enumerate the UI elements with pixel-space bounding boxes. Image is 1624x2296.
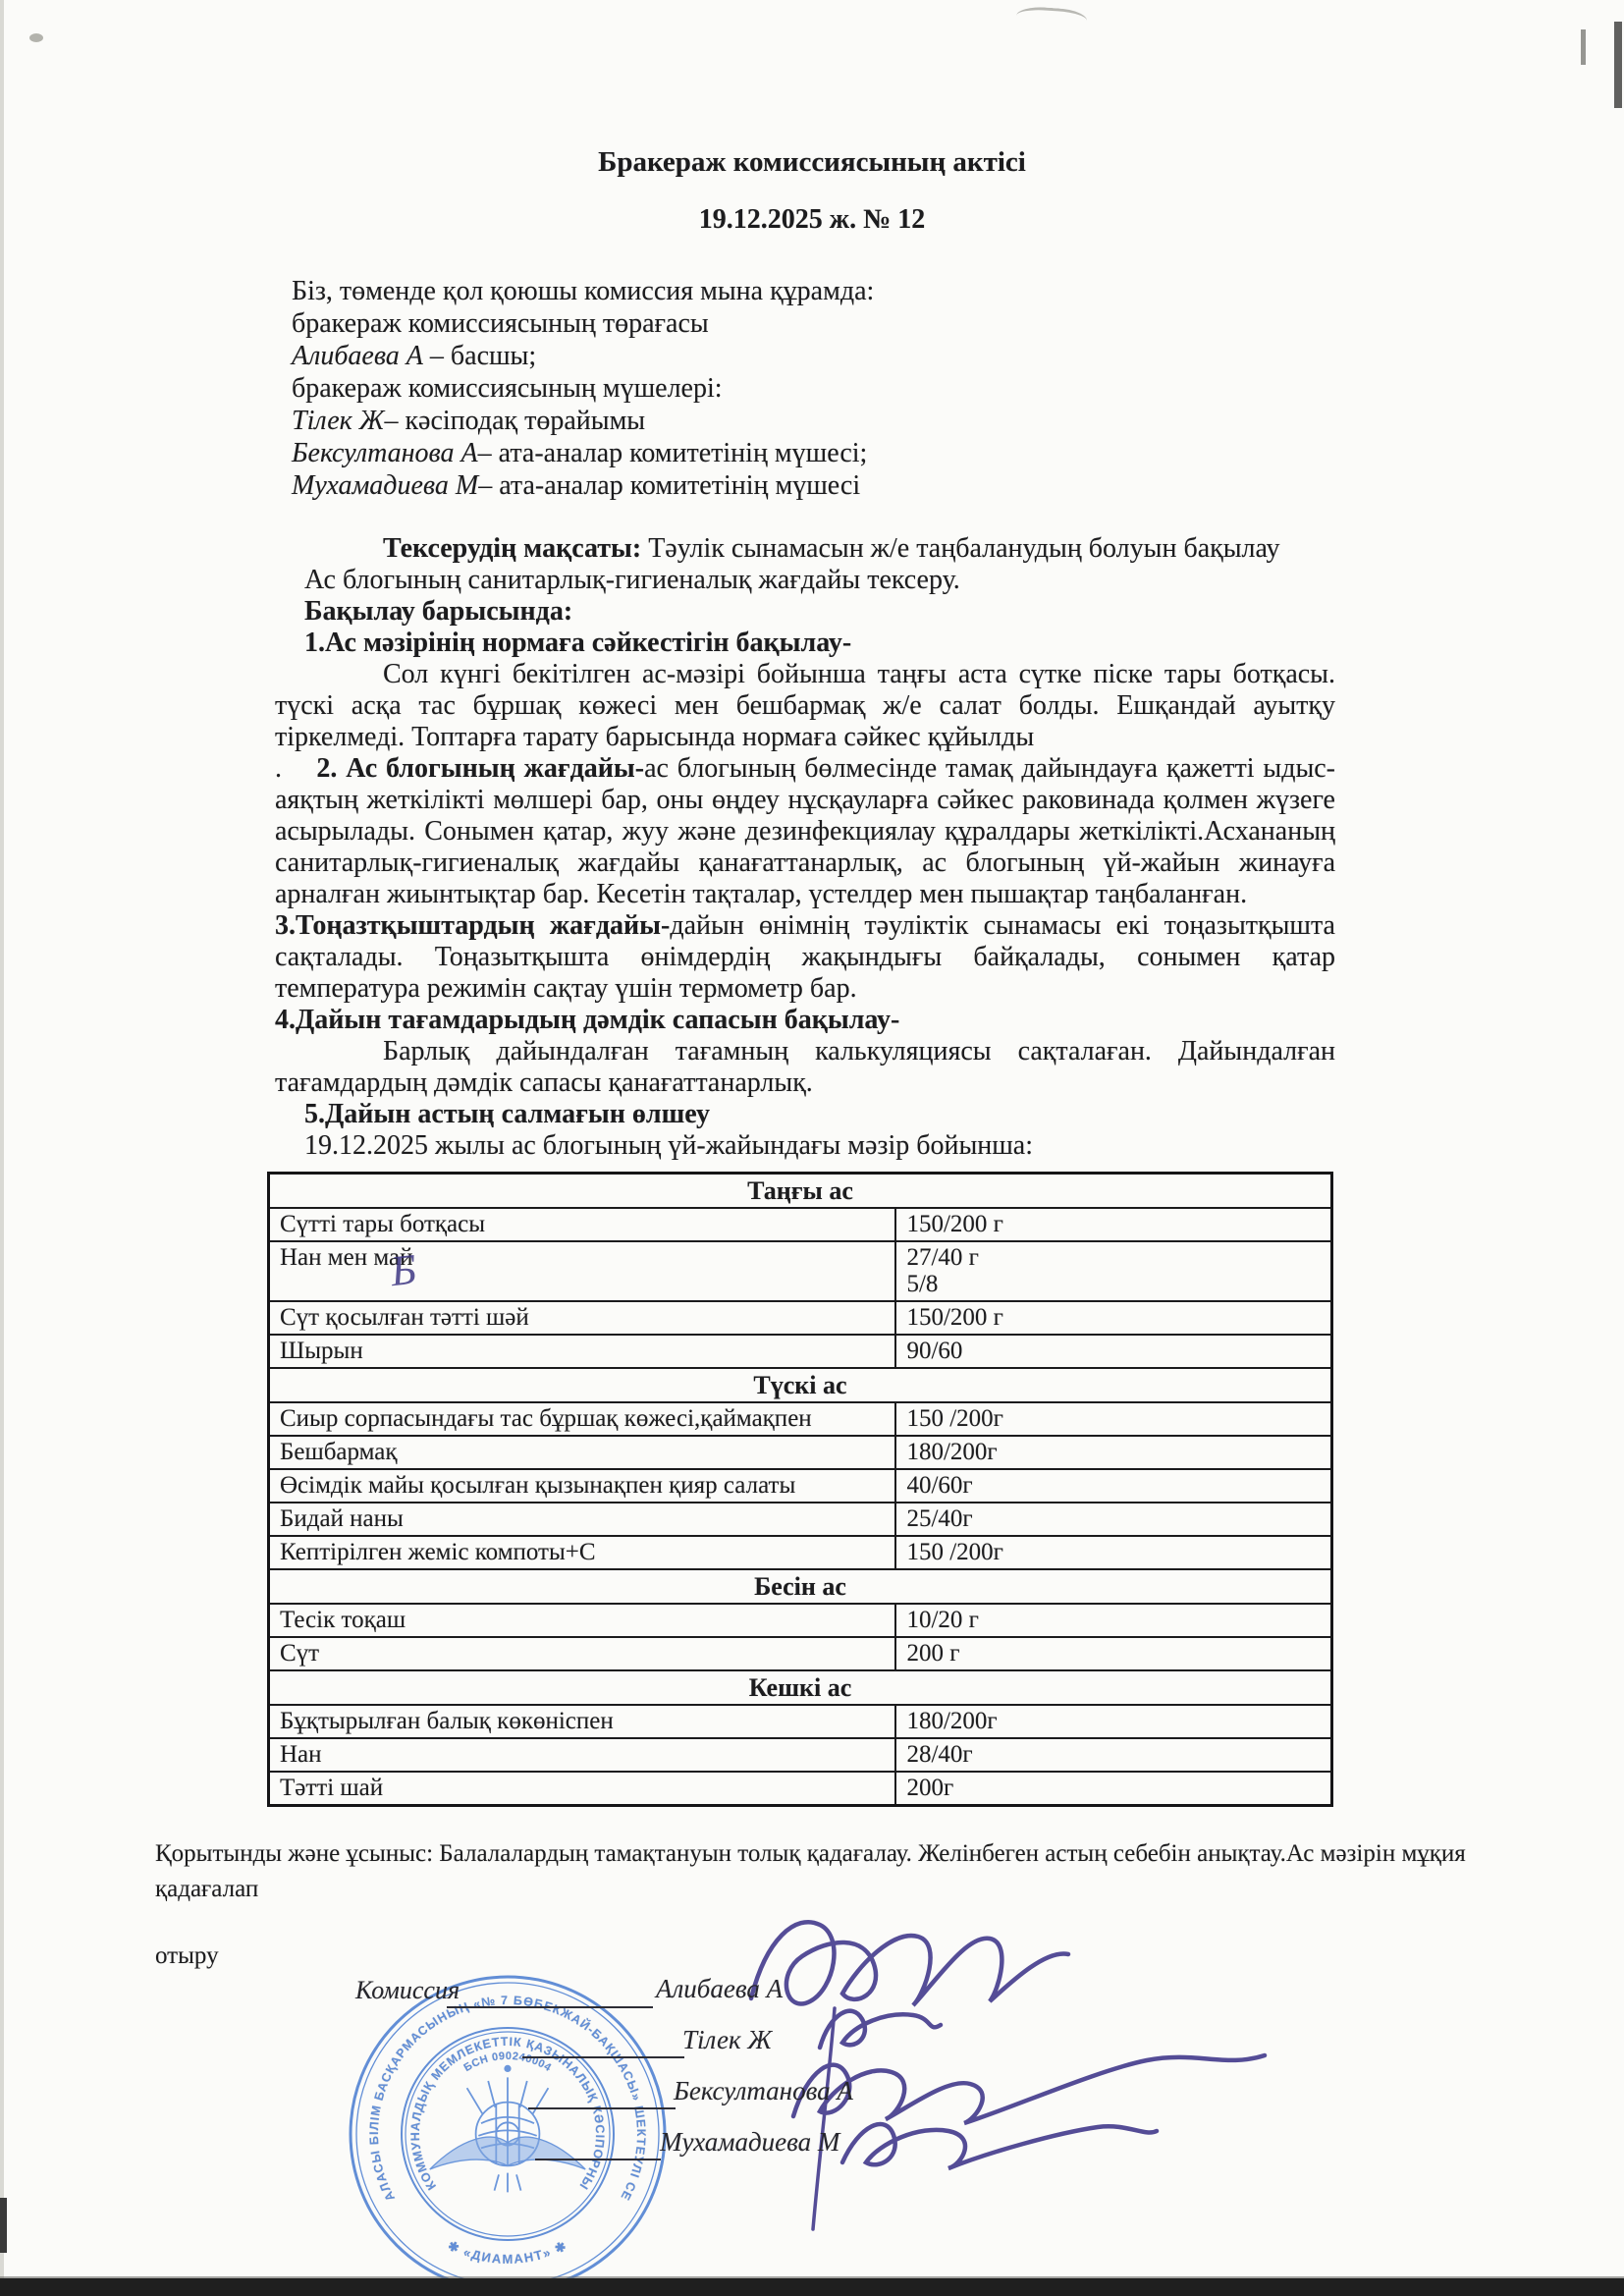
body-paragraph: . 2. Ас блогының жағдайы-ас блогының бөл…	[275, 753, 1335, 910]
text-segment: 19.12.2025 жылы ас блогының үй-жайындағы…	[304, 1130, 1033, 1161]
signature-stroke-beksultanova	[793, 2055, 1265, 2123]
menu-portion-cell: 180/200г	[895, 1705, 1331, 1738]
menu-section-header: Таңғы ас	[269, 1174, 1332, 1209]
text-segment: Барлық дайындалған тағамның калькуляцияс…	[275, 1036, 1335, 1098]
menu-section-row: Кешкі ас	[269, 1670, 1332, 1705]
text-segment: – басшы;	[423, 341, 536, 371]
signature-line	[528, 2107, 676, 2109]
scan-mark-left	[0, 2198, 7, 2253]
menu-table: Таңғы асСүтті тары ботқасы150/200 гНан м…	[267, 1172, 1333, 1807]
intro-line: Бексултанова А– ата-аналар комитетінің м…	[292, 437, 1347, 469]
text-segment: .	[275, 753, 316, 784]
text-segment: 4.Дайын тағамдарыдың дәмдік сапасын бақы…	[275, 1005, 899, 1035]
body-paragraph: 5.Дайын астың салмағын өлшеу	[304, 1099, 1335, 1130]
conclusion-line-1: Қорытынды және ұсыныс: Балалалардың тама…	[155, 1836, 1490, 1907]
menu-portion-cell: 27/40 г5/8	[895, 1241, 1331, 1301]
menu-portion-cell: 150/200 г	[895, 1208, 1331, 1241]
stamp-inner-text: КОММУНАЛДЫҚ МЕМЛЕКЕТТІК ҚАЗЫНАЛЫҚ КӘСІПО…	[408, 2035, 607, 2193]
signature-stroke-tilek	[820, 2011, 941, 2048]
signature-name: Алибаева А	[656, 1974, 783, 2004]
menu-portion-cell: 200 г	[895, 1637, 1331, 1670]
signature-name: Бексултанова А	[674, 2076, 853, 2106]
menu-row: Сүт қосылған тәтті шәй150/200 г	[269, 1301, 1332, 1335]
portion-line: 180/200г	[906, 1708, 1321, 1734]
menu-section-header: Кешкі ас	[269, 1670, 1332, 1705]
menu-portion-cell: 150 /200г	[895, 1536, 1331, 1569]
body-paragraph: Тексерудің мақсаты: Тәулік сынамасын ж/е…	[275, 533, 1335, 565]
portion-line: 180/200г	[906, 1439, 1321, 1465]
intro-line: Алибаева А – басшы;	[292, 340, 1347, 372]
document-date-number: 19.12.2025 ж. № 12	[0, 204, 1624, 236]
signature-name: Мухамадиева М	[660, 2127, 839, 2158]
text-segment: Алибаева А	[292, 341, 423, 371]
signature-line	[535, 2159, 661, 2160]
text-segment: 1.Ас мәзірінің нормаға сәйкестігін бақыл…	[304, 628, 851, 658]
intro-line: бракераж комиссиясының төрағасы	[292, 307, 1347, 340]
menu-dish-cell: Нан	[269, 1738, 896, 1772]
menu-portion-cell: 25/40г	[895, 1503, 1331, 1536]
text-segment: Мухамадиева М	[292, 470, 478, 501]
portion-line: 200г	[906, 1775, 1321, 1801]
text-segment: Тәулік сынамасын ж/е таңбаланудың болуын…	[641, 533, 1279, 564]
text-segment: Ас блогының санитарлық-гигиеналық жағдай…	[304, 565, 960, 595]
svg-text:КОММУНАЛДЫҚ МЕМЛЕКЕТТІК ҚАЗЫНА: КОММУНАЛДЫҚ МЕМЛЕКЕТТІК ҚАЗЫНАЛЫҚ КӘСІПО…	[408, 2035, 607, 2193]
scan-mark-top-right-2	[1581, 29, 1586, 65]
conclusion-line-2: отыру	[155, 1939, 1490, 1974]
menu-section-row: Таңғы ас	[269, 1174, 1332, 1209]
menu-row: Кептірілген жеміс компоты+С150 /200г	[269, 1536, 1332, 1569]
commission-label: Комиссия	[355, 1976, 460, 2005]
handwritten-mark: Б	[388, 1244, 418, 1296]
menu-row: Өсімдік майы қосылған қызынақпен қияр са…	[269, 1469, 1332, 1503]
stamp-outer-text: АЛМАТЫ ҚАЛАСЫ БІЛІМ БАСҚАРМАСЫНЫҢ «№ 7 Б…	[341, 1971, 648, 2204]
text-segment: 5.Дайын астың салмағын өлшеу	[304, 1099, 710, 1129]
menu-dish-cell: Бидай наны	[269, 1503, 896, 1536]
menu-portion-cell: 180/200г	[895, 1436, 1331, 1469]
menu-portion-cell: 10/20 г	[895, 1604, 1331, 1637]
text-segment: 2. Ас блогының жағдайы-	[316, 753, 644, 784]
menu-portion-cell: 90/60	[895, 1335, 1331, 1368]
svg-text:АЛМАТЫ ҚАЛАСЫ БІЛІМ БАСҚАРМАСЫ: АЛМАТЫ ҚАЛАСЫ БІЛІМ БАСҚАРМАСЫНЫҢ «№ 7 Б…	[341, 1971, 648, 2204]
portion-line: 150 /200г	[906, 1405, 1321, 1432]
menu-portion-cell: 200г	[895, 1772, 1331, 1806]
text-segment: бракераж комиссиясының мүшелері:	[292, 373, 723, 404]
text-segment: Тексерудің мақсаты:	[383, 533, 641, 564]
body-paragraph: 1.Ас мәзірінің нормаға сәйкестігін бақыл…	[304, 628, 1335, 659]
menu-dish-cell: Өсімдік майы қосылған қызынақпен қияр са…	[269, 1469, 896, 1503]
signature-stroke-tail	[813, 2008, 835, 2229]
portion-line: 150/200 г	[906, 1211, 1321, 1237]
scanned-document-page: Бракераж комиссиясының актісі 19.12.2025…	[0, 0, 1624, 2296]
menu-section-row: Бесін ас	[269, 1569, 1332, 1604]
signature-line	[447, 2006, 653, 2008]
portion-line: 150/200 г	[906, 1304, 1321, 1331]
portion-line: 200 г	[906, 1640, 1321, 1667]
text-segment: Бексултанова А	[292, 438, 478, 468]
text-segment: – ата-аналар комитетінің мүшесі;	[478, 438, 868, 468]
body-paragraph: Ас блогының санитарлық-гигиеналық жағдай…	[304, 565, 1335, 596]
menu-dish-cell: Тәтті шай	[269, 1772, 896, 1806]
menu-dish-cell: Кептірілген жеміс компоты+С	[269, 1536, 896, 1569]
menu-row: Тесік тоқаш10/20 г	[269, 1604, 1332, 1637]
stamp-bsn-text: БСН 090240004	[462, 2050, 554, 2074]
text-segment: Біз, төменде қол қоюшы комиссия мына құр…	[292, 276, 874, 306]
menu-row: Сүтті тары ботқасы150/200 г	[269, 1208, 1332, 1241]
menu-dish-cell: Сүт қосылған тәтті шәй	[269, 1301, 896, 1335]
menu-table-body: Таңғы асСүтті тары ботқасы150/200 гНан м…	[269, 1174, 1332, 1806]
menu-row: Шырын90/60	[269, 1335, 1332, 1368]
stamp-emblem	[430, 2065, 585, 2193]
commission-intro-block: Біз, төменде қол қоюшы комиссия мына құр…	[292, 275, 1347, 502]
menu-row: Бидай наны25/40г	[269, 1503, 1332, 1536]
menu-dish-cell: Нан мен май	[269, 1241, 896, 1301]
text-segment: Тілек Ж	[292, 406, 384, 436]
menu-portion-cell: 150/200 г	[895, 1301, 1331, 1335]
body-paragraph: Барлық дайындалған тағамның калькуляцияс…	[275, 1036, 1335, 1099]
menu-dish-cell: Сиыр сорпасындағы тас бұршақ көжесі,қайм…	[269, 1402, 896, 1436]
menu-row: Тәтті шай200г	[269, 1772, 1332, 1806]
text-segment: – ата-аналар комитетінің мүшесі	[478, 470, 860, 501]
menu-dish-cell: Бұқтырылған балық көкөніспен	[269, 1705, 896, 1738]
text-segment: Сол күнгі бекітілген ас-мәзірі бойынша т…	[275, 659, 1335, 752]
scan-mark-top-left	[29, 33, 43, 42]
inspection-body-block: Тексерудің мақсаты: Тәулік сынамасын ж/е…	[275, 533, 1335, 1162]
portion-line: 40/60г	[906, 1472, 1321, 1499]
svg-text:БСН 090240004: БСН 090240004	[462, 2050, 554, 2074]
menu-dish-cell: Бешбармақ	[269, 1436, 896, 1469]
signature-stroke-mukhamadieva	[842, 2124, 1157, 2168]
signature-name: Тілек Ж	[682, 2025, 772, 2055]
text-segment: бракераж комиссиясының төрағасы	[292, 308, 709, 339]
menu-section-header: Бесін ас	[269, 1569, 1332, 1604]
menu-row: Сиыр сорпасындағы тас бұршақ көжесі,қайм…	[269, 1402, 1332, 1436]
menu-dish-cell: Сүтті тары ботқасы	[269, 1208, 896, 1241]
conclusion-block: Қорытынды және ұсыныс: Балалалардың тама…	[155, 1836, 1490, 1974]
round-stamp: АЛМАТЫ ҚАЛАСЫ БІЛІМ БАСҚАРМАСЫНЫҢ «№ 7 Б…	[341, 1971, 675, 2296]
intro-line: бракераж комиссиясының мүшелері:	[292, 372, 1347, 405]
portion-line: 90/60	[906, 1338, 1321, 1364]
body-paragraph: Сол күнгі бекітілген ас-мәзірі бойынша т…	[275, 659, 1335, 753]
menu-row: Сүт200 г	[269, 1637, 1332, 1670]
portion-line: 10/20 г	[906, 1607, 1321, 1633]
text-segment: 3.Тоңазтқыштардың жағдайы-	[275, 910, 670, 941]
portion-line: 5/8	[906, 1271, 1321, 1297]
stamp-bottom-text: ✱ «ДИАМАНТ» ✱	[446, 2238, 569, 2267]
body-paragraph: Бақылау барысында:	[304, 596, 1335, 628]
menu-row: Бешбармақ180/200г	[269, 1436, 1332, 1469]
menu-section-row: Түскі ас	[269, 1368, 1332, 1402]
portion-line: 28/40г	[906, 1741, 1321, 1768]
document-title: Бракераж комиссиясының актісі	[0, 0, 1624, 179]
portion-line: 150 /200г	[906, 1539, 1321, 1565]
menu-dish-cell: Сүт	[269, 1637, 896, 1670]
svg-text:✱ «ДИАМАНТ» ✱: ✱ «ДИАМАНТ» ✱	[446, 2238, 569, 2267]
menu-dish-cell: Шырын	[269, 1335, 896, 1368]
menu-row: Нан28/40г	[269, 1738, 1332, 1772]
signature-line	[522, 2056, 684, 2058]
menu-row: Бұқтырылған балық көкөніспен180/200г	[269, 1705, 1332, 1738]
body-paragraph: 4.Дайын тағамдарыдың дәмдік сапасын бақы…	[275, 1005, 1335, 1036]
menu-portion-cell: 28/40г	[895, 1738, 1331, 1772]
menu-dish-cell: Тесік тоқаш	[269, 1604, 896, 1637]
scan-mark-top-right	[1614, 22, 1622, 108]
menu-portion-cell: 40/60г	[895, 1469, 1331, 1503]
menu-portion-cell: 150 /200г	[895, 1402, 1331, 1436]
body-paragraph: 19.12.2025 жылы ас блогының үй-жайындағы…	[304, 1130, 1335, 1162]
intro-line: Тілек Ж– кәсіподақ төрайымы	[292, 405, 1347, 437]
menu-section-header: Түскі ас	[269, 1368, 1332, 1402]
body-paragraph: 3.Тоңазтқыштардың жағдайы-дайын өнімнің …	[275, 910, 1335, 1005]
portion-line: 25/40г	[906, 1505, 1321, 1532]
text-segment: Бақылау барысында:	[304, 596, 572, 627]
intro-line: Мухамадиева М– ата-аналар комитетінің мү…	[292, 469, 1347, 502]
scan-edge-left	[0, 0, 4, 2296]
intro-line: Біз, төменде қол қоюшы комиссия мына құр…	[292, 275, 1347, 307]
scan-edge-bottom	[0, 2278, 1624, 2296]
text-segment: – кәсіподақ төрайымы	[384, 406, 645, 436]
portion-line: 27/40 г	[906, 1244, 1321, 1271]
menu-row: Нан мен май27/40 г5/8	[269, 1241, 1332, 1301]
